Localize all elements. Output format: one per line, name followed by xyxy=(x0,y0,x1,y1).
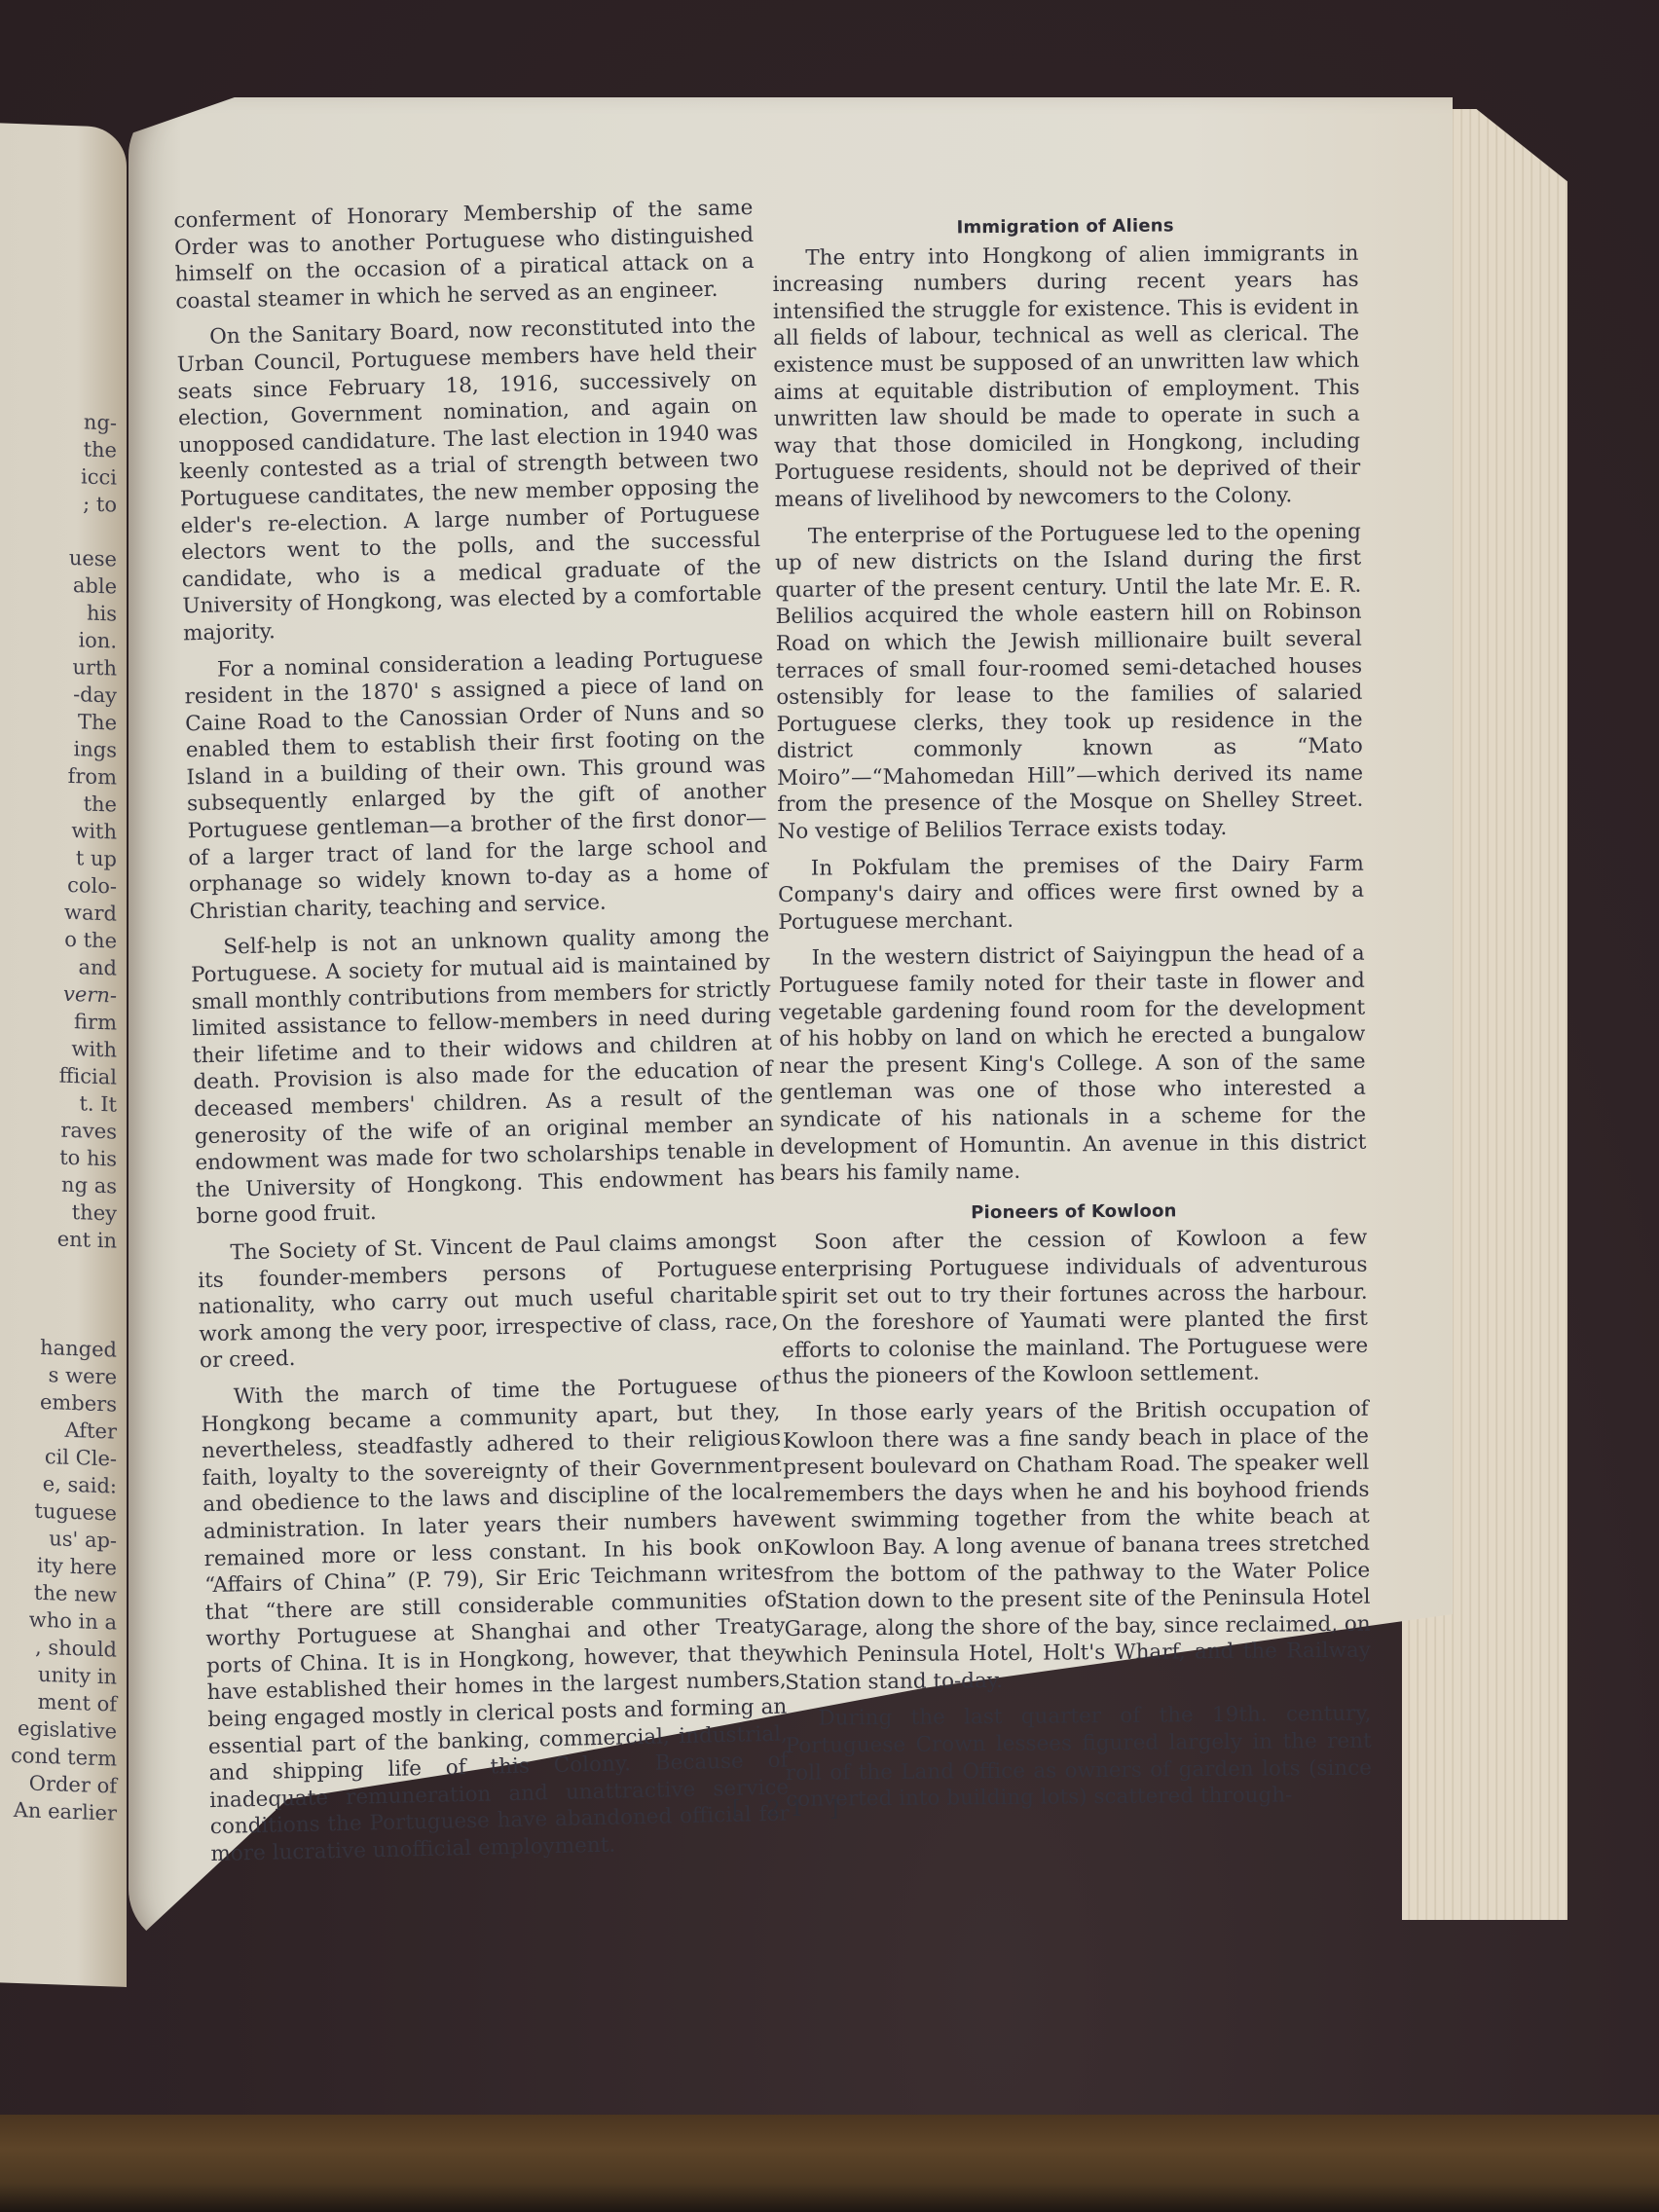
right-text-column: Immigration of Aliens The entry into Hon… xyxy=(772,211,1372,1824)
fragment-line: his xyxy=(0,596,117,627)
section-heading: Immigration of Aliens xyxy=(772,211,1358,243)
fragment-line: who in a xyxy=(0,1604,117,1636)
fragment-line: ings xyxy=(0,732,117,763)
fragment-line xyxy=(0,1277,117,1309)
fragment-line: they xyxy=(0,1196,117,1227)
fragment-line: icci xyxy=(0,460,117,491)
paragraph: For a nominal consideration a leading Po… xyxy=(184,644,769,925)
fragment-line: unity in xyxy=(0,1659,117,1690)
fragment-line: from xyxy=(0,759,117,791)
fragment-line: vern- xyxy=(0,977,117,1009)
fragment-line: t up xyxy=(0,841,117,872)
fragment-line: Order of xyxy=(0,1768,117,1799)
paragraph: Soon after the cession of Kowloon a few … xyxy=(781,1225,1368,1391)
fragment-line: able xyxy=(0,569,117,600)
paragraph: The enterprise of the Portuguese led to … xyxy=(775,518,1364,845)
fragment-line: t. It xyxy=(0,1087,117,1118)
fragment-line: ity here xyxy=(0,1550,117,1581)
fragment-line: raves xyxy=(0,1114,117,1145)
paragraph: In the western district of Saiyingpun th… xyxy=(779,940,1367,1188)
fragment-line: tuguese xyxy=(0,1495,117,1527)
fragment-line: uese xyxy=(0,541,117,572)
fragment-line: with xyxy=(0,1032,117,1063)
section-immigration-of-aliens: Immigration of Aliens The entry into Hon… xyxy=(772,211,1367,1188)
fragment-line xyxy=(0,1305,117,1336)
fragment-line: An earlier xyxy=(0,1795,117,1826)
paragraph: In Pokfulam the premises of the Dairy Fa… xyxy=(778,850,1365,936)
facing-left-page: ng- the icci ; to uese able his ion. urt… xyxy=(0,122,127,1987)
paragraph: The Society of St. Vincent de Paul claim… xyxy=(197,1228,779,1375)
fragment-line: ion. xyxy=(0,623,117,654)
fragment-line: to his xyxy=(0,1141,117,1172)
wooden-table-edge xyxy=(0,2115,1659,2212)
paragraph: With the march of time the Portuguese of… xyxy=(201,1372,791,1868)
fragment-line: us' ap- xyxy=(0,1523,117,1554)
paragraph: Self-help is not an unknown quality amon… xyxy=(190,922,776,1231)
fragment-line: The xyxy=(0,705,117,736)
paragraph: On the Sanitary Board, now reconstituted… xyxy=(176,312,762,647)
fragment-line: cil Cle- xyxy=(0,1441,117,1472)
fragment-line: ent in xyxy=(0,1223,117,1254)
fragment-line: with xyxy=(0,814,117,845)
fragment-line: ; to xyxy=(0,487,117,518)
fragment-line xyxy=(0,514,117,545)
fragment-line: ment of xyxy=(0,1686,117,1717)
fragment-line: firm xyxy=(0,1005,117,1036)
fragment-line xyxy=(0,1250,117,1281)
fragment-line: embers xyxy=(0,1386,117,1418)
fragment-line: cond term xyxy=(0,1741,117,1772)
fragment-line: and xyxy=(0,950,117,981)
fragment-line: , should xyxy=(0,1632,117,1663)
paragraph: In those early years of the British occu… xyxy=(783,1396,1372,1697)
fragment-line: -day xyxy=(0,678,117,709)
page-number: [ 21 ] xyxy=(732,1797,848,1822)
fragment-line: ng as xyxy=(0,1168,117,1199)
fragment-line: colo- xyxy=(0,868,117,900)
fragment-line: fficial xyxy=(0,1059,117,1090)
fragment-line: After xyxy=(0,1414,117,1445)
section-pioneers-of-kowloon: Pioneers of Kowloon Soon after the cessi… xyxy=(781,1196,1372,1813)
fragment-line: the xyxy=(0,787,117,818)
fragment-line: s were xyxy=(0,1359,117,1390)
fragment-line: urth xyxy=(0,650,117,682)
section-heading: Pioneers of Kowloon xyxy=(781,1196,1367,1228)
left-page-text-fragments: ng- the icci ; to uese able his ion. urt… xyxy=(0,405,117,1826)
fragment-line: o the xyxy=(0,923,117,954)
fragment-line: the xyxy=(0,432,117,463)
fragment-line: hanged xyxy=(0,1332,117,1363)
paragraph: The entry into Hongkong of alien immigra… xyxy=(772,240,1360,513)
fragment-line: e, said: xyxy=(0,1468,117,1499)
paragraph: conferment of Honorary Membership of the… xyxy=(173,195,755,315)
left-text-column: conferment of Honorary Membership of the… xyxy=(173,195,791,1878)
paragraph: During the last quarter of the 19th. cen… xyxy=(785,1701,1372,1814)
fragment-line: ward xyxy=(0,896,117,927)
fragment-line: ng- xyxy=(0,405,117,436)
fragment-line: the new xyxy=(0,1577,117,1608)
fragment-line: egislative xyxy=(0,1714,117,1745)
